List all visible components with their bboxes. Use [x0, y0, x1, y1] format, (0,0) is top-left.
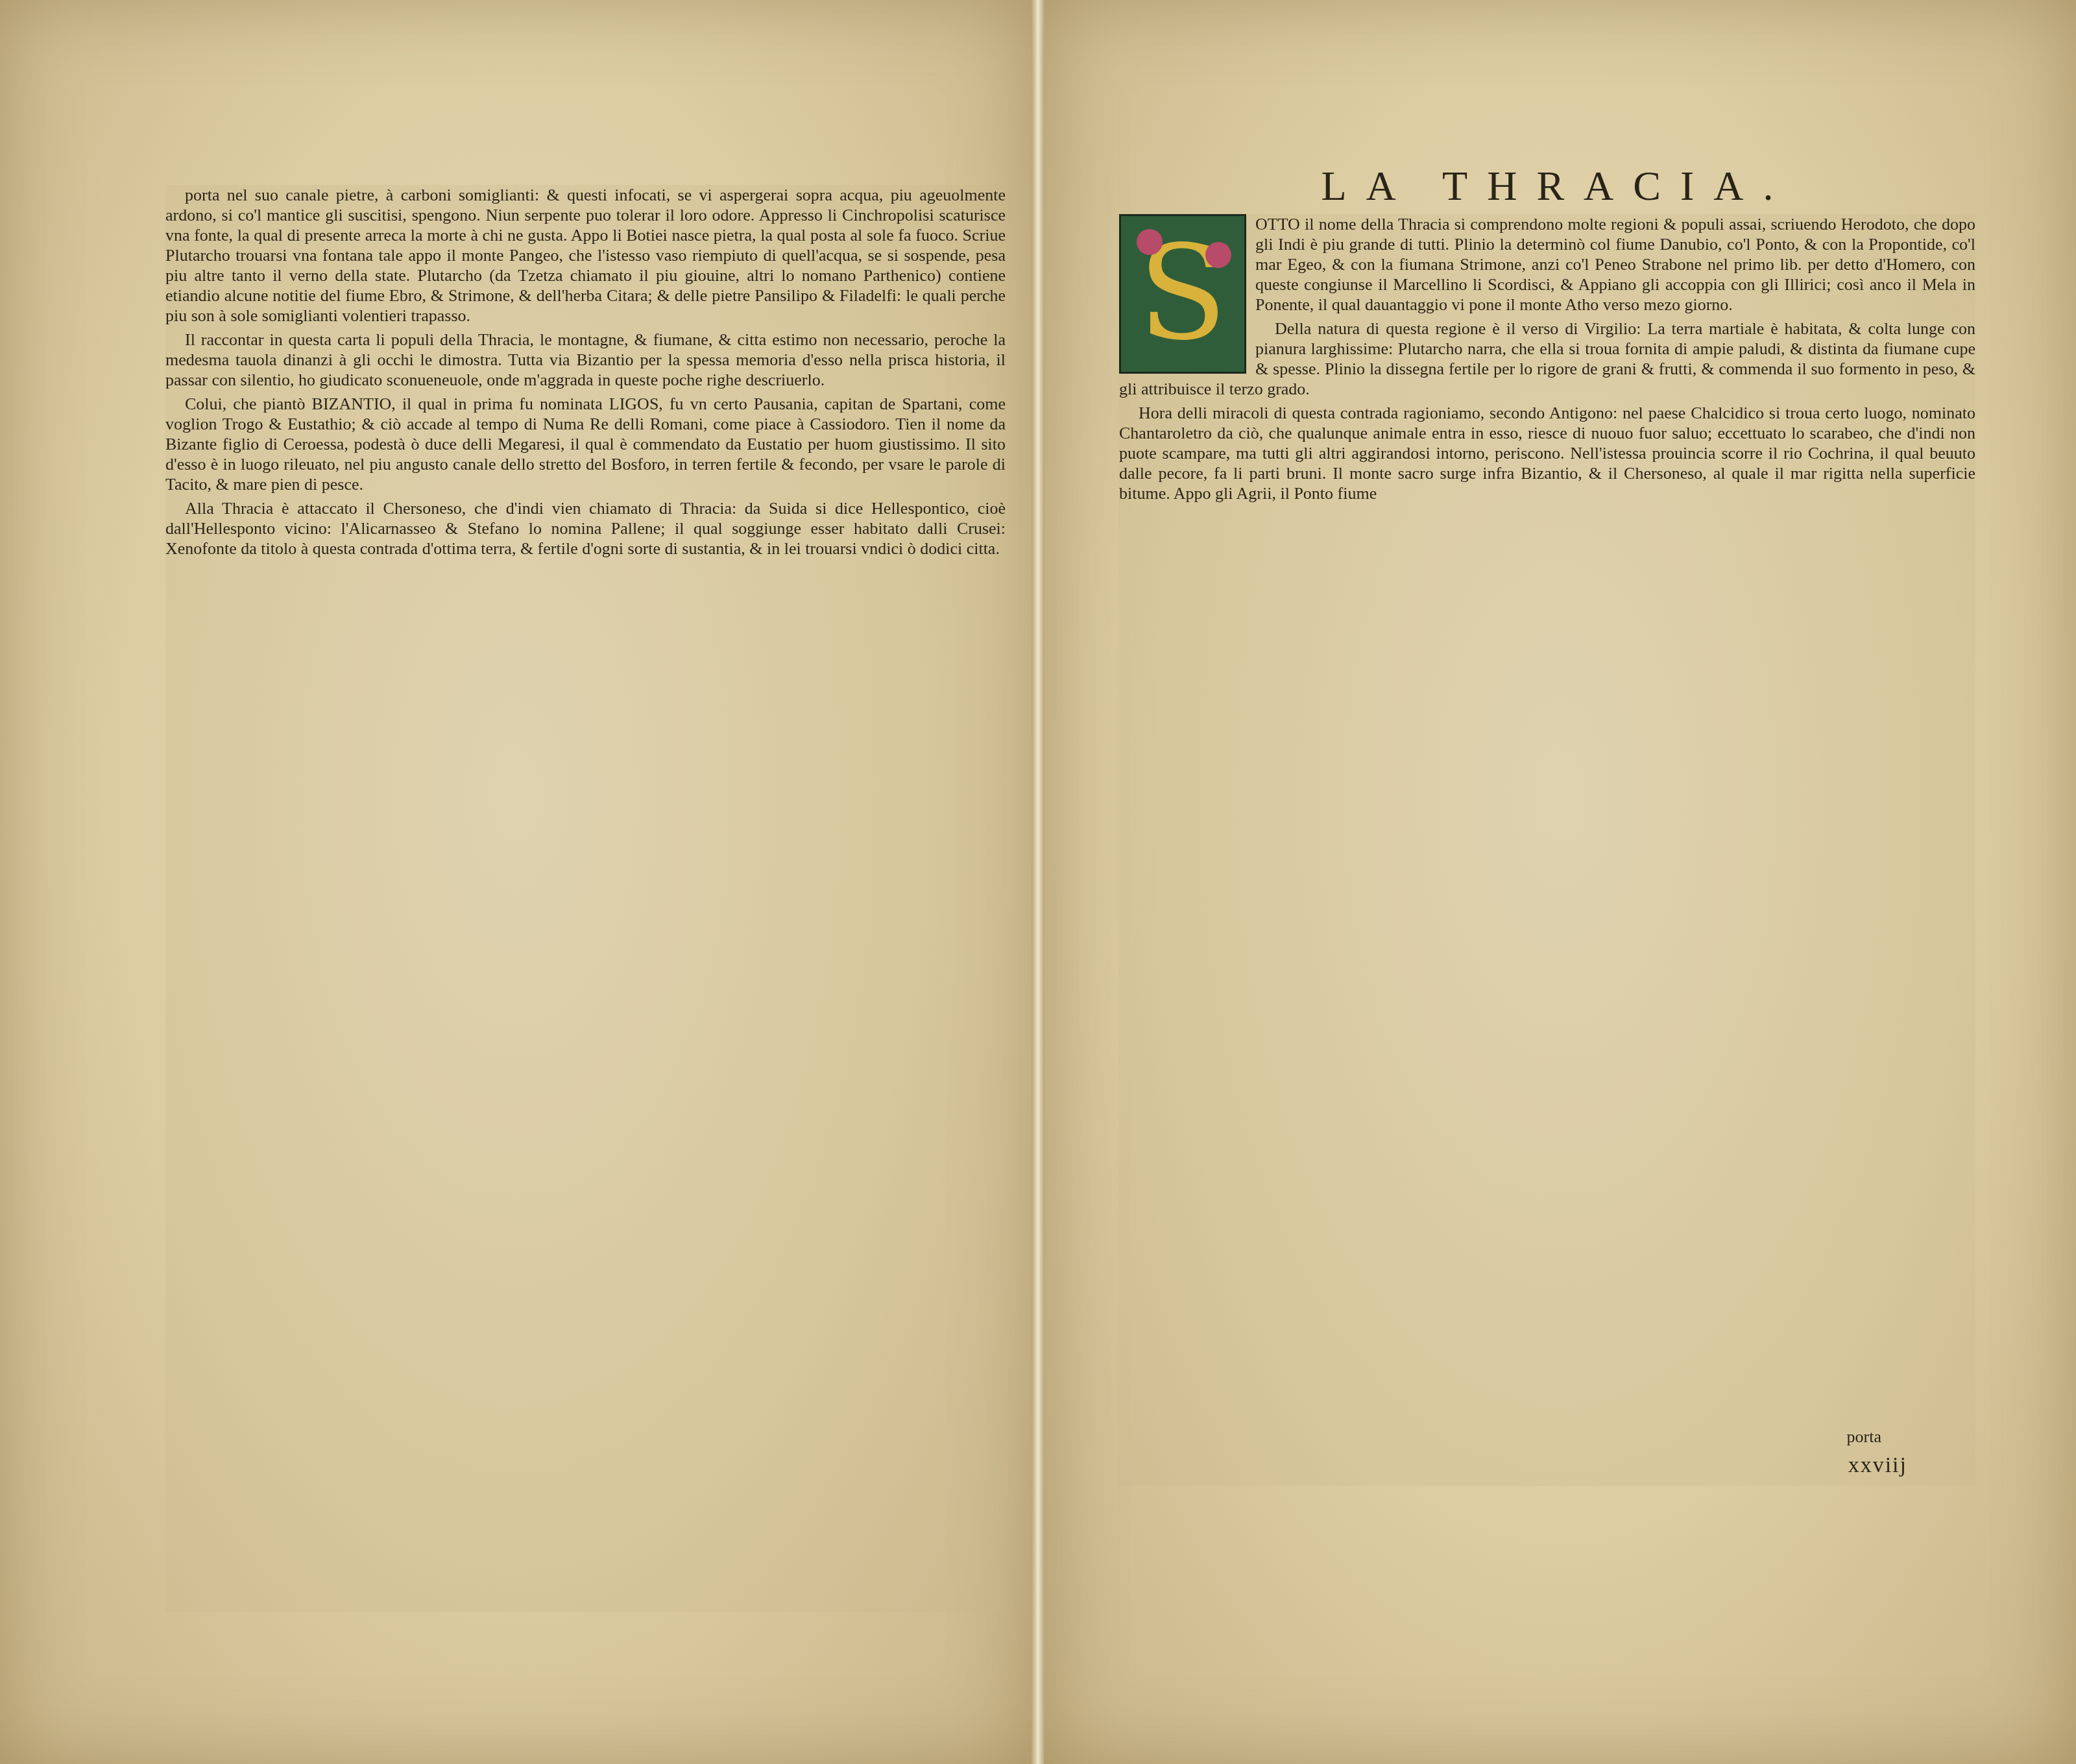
flower-ornament-icon — [1205, 242, 1231, 268]
right-text-block: S OTTO il nome della Thracia si comprend… — [1119, 214, 1975, 1486]
illuminated-initial-icon: S — [1119, 214, 1246, 374]
flower-ornament-icon — [1137, 229, 1163, 255]
page-fold — [1032, 0, 1044, 1764]
right-page: LA THRACIA. S OTTO il nome della Thracia… — [1044, 0, 2076, 1764]
paragraph: Hora delli miracoli di questa contrada r… — [1119, 403, 1975, 503]
page-title: LA THRACIA. — [1265, 162, 1849, 210]
paragraph: Della natura di questa regione è il vers… — [1119, 319, 1975, 399]
paragraph: Colui, che piantò BIZANTIO, il qual in p… — [165, 394, 1006, 494]
left-page: porta nel suo canale pietre, à carboni s… — [0, 0, 1032, 1764]
paragraph: OTTO il nome della Thracia si comprendon… — [1119, 214, 1975, 315]
paragraph: Il raccontar in questa carta li populi d… — [165, 330, 1006, 390]
paragraph: porta nel suo canale pietre, à carboni s… — [165, 185, 1006, 326]
paragraph: Alla Thracia è attaccato il Chersoneso, … — [165, 498, 1006, 559]
left-text-block: porta nel suo canale pietre, à carboni s… — [165, 185, 1006, 1612]
catchword: porta — [1847, 1427, 1881, 1447]
page-number: xxviij — [1848, 1453, 1907, 1478]
